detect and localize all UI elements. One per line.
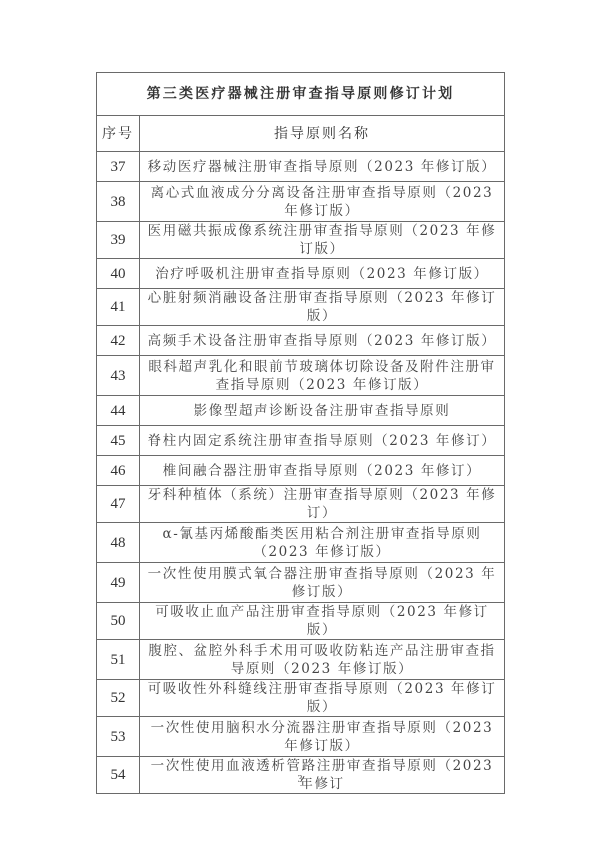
table-title: 第三类医疗器械注册审查指导原则修订计划 [97, 73, 505, 116]
table-row: 48 α-氰基丙烯酸酯类医用粘合剂注册审查指导原则（2023 年修订版） [97, 523, 505, 563]
table-row: 39 医用磁共振成像系统注册审查指导原则（2023 年修订版） [97, 222, 505, 259]
row-number: 44 [97, 396, 140, 426]
row-number: 53 [97, 717, 140, 757]
table-row: 43 眼科超声乳化和眼前节玻璃体切除设备及附件注册审查指导原则（2023 年修订… [97, 356, 505, 396]
table-row: 44 影像型超声诊断设备注册审查指导原则 [97, 396, 505, 426]
column-header-name: 指导原则名称 [140, 116, 505, 152]
guideline-name: 一次性使用脑积水分流器注册审查指导原则（2023 年修订版） [140, 717, 505, 757]
guideline-name: 心脏射频消融设备注册审查指导原则（2023 年修订版） [140, 289, 505, 326]
table-row: 38 离心式血液成分分离设备注册审查指导原则（2023 年修订版） [97, 182, 505, 222]
row-number: 48 [97, 523, 140, 563]
guideline-name: 可吸收止血产品注册审查指导原则（2023 年修订版） [140, 603, 505, 640]
row-number: 42 [97, 326, 140, 356]
table-header-row: 序号 指导原则名称 [97, 116, 505, 152]
table-row: 52 可吸收性外科缝线注册审查指导原则（2023 年修订版） [97, 680, 505, 717]
row-number: 37 [97, 152, 140, 182]
guideline-name: α-氰基丙烯酸酯类医用粘合剂注册审查指导原则（2023 年修订版） [140, 523, 505, 563]
row-number: 38 [97, 182, 140, 222]
table-row: 53 一次性使用脑积水分流器注册审查指导原则（2023 年修订版） [97, 717, 505, 757]
guideline-name: 眼科超声乳化和眼前节玻璃体切除设备及附件注册审查指导原则（2023 年修订版） [140, 356, 505, 396]
column-header-number: 序号 [97, 116, 140, 152]
guideline-name: 治疗呼吸机注册审查指导原则（2023 年修订版） [140, 259, 505, 289]
row-number: 51 [97, 640, 140, 680]
row-number: 47 [97, 486, 140, 523]
row-number: 46 [97, 456, 140, 486]
table-row: 51 腹腔、盆腔外科手术用可吸收防粘连产品注册审查指导原则（2023 年修订版） [97, 640, 505, 680]
document-page: 第三类医疗器械注册审查指导原则修订计划 序号 指导原则名称 37 移动医疗器械注… [0, 0, 600, 848]
table-row: 50 可吸收止血产品注册审查指导原则（2023 年修订版） [97, 603, 505, 640]
table-row: 41 心脏射频消融设备注册审查指导原则（2023 年修订版） [97, 289, 505, 326]
guideline-revision-table: 第三类医疗器械注册审查指导原则修订计划 序号 指导原则名称 37 移动医疗器械注… [96, 72, 505, 794]
row-number: 39 [97, 222, 140, 259]
table-row: 40 治疗呼吸机注册审查指导原则（2023 年修订版） [97, 259, 505, 289]
guideline-name: 离心式血液成分分离设备注册审查指导原则（2023 年修订版） [140, 182, 505, 222]
row-number: 40 [97, 259, 140, 289]
table-row: 49 一次性使用膜式氧合器注册审查指导原则（2023 年修订版） [97, 563, 505, 603]
row-number: 45 [97, 426, 140, 456]
guideline-name: 椎间融合器注册审查指导原则（2023 年修订） [140, 456, 505, 486]
guideline-name: 影像型超声诊断设备注册审查指导原则 [140, 396, 505, 426]
row-number: 52 [97, 680, 140, 717]
guideline-name: 脊柱内固定系统注册审查指导原则（2023 年修订） [140, 426, 505, 456]
guideline-name: 牙科种植体（系统）注册审查指导原则（2023 年修订） [140, 486, 505, 523]
table-row: 37 移动医疗器械注册审查指导原则（2023 年修订版） [97, 152, 505, 182]
guideline-name: 移动医疗器械注册审查指导原则（2023 年修订版） [140, 152, 505, 182]
guideline-name: 可吸收性外科缝线注册审查指导原则（2023 年修订版） [140, 680, 505, 717]
table-row: 45 脊柱内固定系统注册审查指导原则（2023 年修订） [97, 426, 505, 456]
table-row: 42 高频手术设备注册审查指导原则（2023 年修订版） [97, 326, 505, 356]
page-number: 3 [0, 774, 600, 785]
row-number: 41 [97, 289, 140, 326]
row-number: 43 [97, 356, 140, 396]
guideline-name: 医用磁共振成像系统注册审查指导原则（2023 年修订版） [140, 222, 505, 259]
table-title-row: 第三类医疗器械注册审查指导原则修订计划 [97, 73, 505, 116]
guideline-name: 腹腔、盆腔外科手术用可吸收防粘连产品注册审查指导原则（2023 年修订版） [140, 640, 505, 680]
guideline-name: 一次性使用膜式氧合器注册审查指导原则（2023 年修订版） [140, 563, 505, 603]
guideline-name: 高频手术设备注册审查指导原则（2023 年修订版） [140, 326, 505, 356]
row-number: 49 [97, 563, 140, 603]
table-row: 46 椎间融合器注册审查指导原则（2023 年修订） [97, 456, 505, 486]
row-number: 50 [97, 603, 140, 640]
table-row: 47 牙科种植体（系统）注册审查指导原则（2023 年修订） [97, 486, 505, 523]
